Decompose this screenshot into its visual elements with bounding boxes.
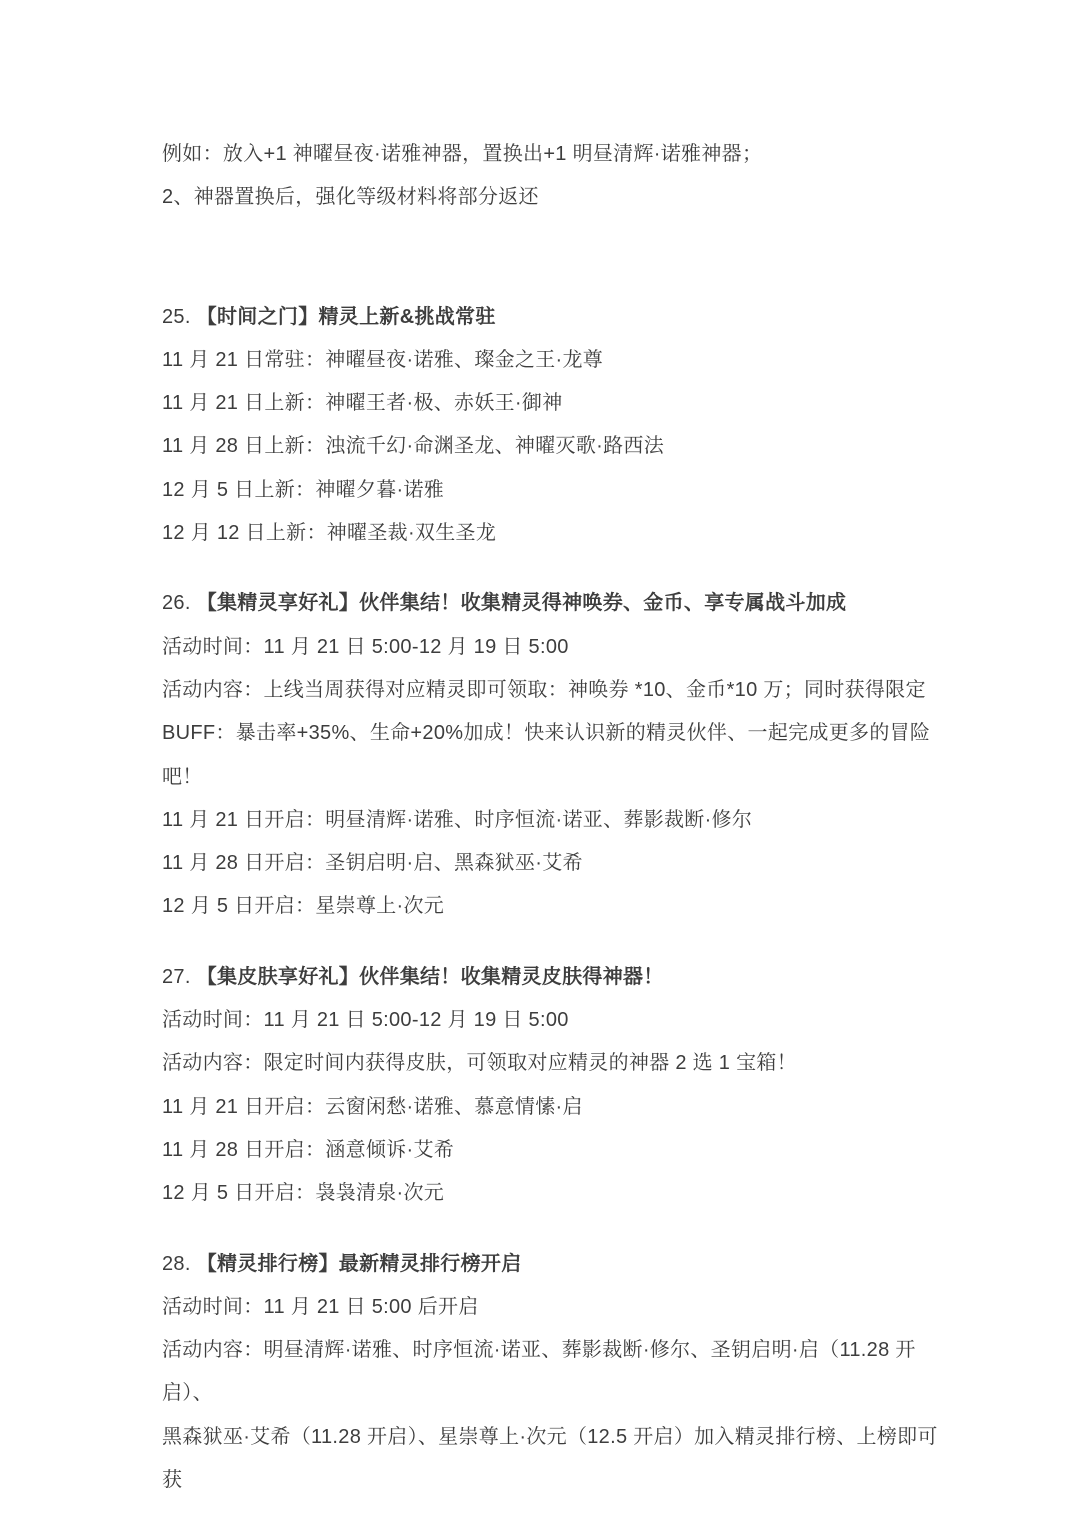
body-line: 11 月 21 日上新：神曜王者·极、赤妖王·御神	[162, 382, 950, 425]
section-number: 28.	[162, 1253, 191, 1275]
section-time-gate: 25.【时间之门】精灵上新&挑战常驻 11 月 21 日常驻：神曜昼夜·诺雅、璨…	[162, 296, 950, 556]
body-line: 活动内容：明昼清辉·诺雅、时序恒流·诺亚、葬影裁断·修尔、圣钥启明·启（11.2…	[162, 1329, 950, 1416]
body-line: 12 月 5 日开启：星崇尊上·次元	[162, 885, 950, 928]
section-heading: 26.【集精灵享好礼】伙伴集结！收集精灵得神唤券、金币、享专属战斗加成	[162, 582, 950, 625]
section-collect-skins: 27.【集皮肤享好礼】伙伴集结！收集精灵皮肤得神器！ 活动时间：11 月 21 …	[162, 956, 950, 1216]
section-collect-sprites: 26.【集精灵享好礼】伙伴集结！收集精灵得神唤券、金币、享专属战斗加成 活动时间…	[162, 582, 950, 928]
body-line: 活动时间：11 月 21 日 5:00-12 月 19 日 5:00	[162, 999, 950, 1042]
body-line: 11 月 21 日开启：云窗闲愁·诺雅、慕意情愫·启	[162, 1086, 950, 1129]
section-title: 【精灵排行榜】最新精灵排行榜开启	[197, 1253, 522, 1275]
body-line: 11 月 21 日常驻：神曜昼夜·诺雅、璨金之王·龙尊	[162, 339, 950, 382]
body-line: 活动时间：11 月 21 日 5:00 后开启	[162, 1286, 950, 1329]
body-line: 黑森狱巫·艾希（11.28 开启）、星崇尊上·次元（12.5 开启）加入精灵排行…	[162, 1416, 950, 1503]
body-line: 11 月 28 日开启：圣钥启明·启、黑森狱巫·艾希	[162, 842, 950, 885]
section-number: 27.	[162, 966, 191, 988]
body-line: 11 月 21 日开启：明昼清辉·诺雅、时序恒流·诺亚、葬影裁断·修尔	[162, 799, 950, 842]
intro-line: 例如：放入+1 神曜昼夜·诺雅神器，置换出+1 明昼清辉·诺雅神器；	[162, 133, 950, 176]
body-line: 12 月 5 日开启：袅袅清泉·次元	[162, 1172, 950, 1215]
body-line: 活动内容：限定时间内获得皮肤，可领取对应精灵的神器 2 选 1 宝箱！	[162, 1042, 950, 1085]
body-line: BUFF：暴击率+35%、生命+20%加成！快来认识新的精灵伙伴、一起完成更多的…	[162, 712, 950, 799]
section-number: 26.	[162, 592, 191, 614]
section-title: 【时间之门】精灵上新&挑战常驻	[197, 306, 496, 328]
body-line: 11 月 28 日开启：涵意倾诉·艾希	[162, 1129, 950, 1172]
section-number: 25.	[162, 306, 191, 328]
body-line: 活动内容：上线当周获得对应精灵即可领取：神唤券 *10、金币*10 万；同时获得…	[162, 669, 950, 712]
section-heading: 25.【时间之门】精灵上新&挑战常驻	[162, 296, 950, 339]
section-heading: 28.【精灵排行榜】最新精灵排行榜开启	[162, 1243, 950, 1286]
body-line: 11 月 28 日上新：浊流千幻·命渊圣龙、神曜灭歌·路西法	[162, 425, 950, 468]
intro-line: 2、神器置换后，强化等级材料将部分返还	[162, 176, 950, 219]
section-heading: 27.【集皮肤享好礼】伙伴集结！收集精灵皮肤得神器！	[162, 956, 950, 999]
section-sprite-ranking: 28.【精灵排行榜】最新精灵排行榜开启 活动时间：11 月 21 日 5:00 …	[162, 1243, 950, 1503]
section-title: 【集精灵享好礼】伙伴集结！收集精灵得神唤券、金币、享专属战斗加成	[197, 592, 847, 614]
body-line: 12 月 12 日上新：神曜圣裁·双生圣龙	[162, 512, 950, 555]
document-page: 例如：放入+1 神曜昼夜·诺雅神器，置换出+1 明昼清辉·诺雅神器； 2、神器置…	[0, 0, 1080, 1527]
body-line: 活动时间：11 月 21 日 5:00-12 月 19 日 5:00	[162, 626, 950, 669]
body-line: 12 月 5 日上新：神曜夕暮·诺雅	[162, 469, 950, 512]
section-title: 【集皮肤享好礼】伙伴集结！收集精灵皮肤得神器！	[197, 966, 664, 988]
